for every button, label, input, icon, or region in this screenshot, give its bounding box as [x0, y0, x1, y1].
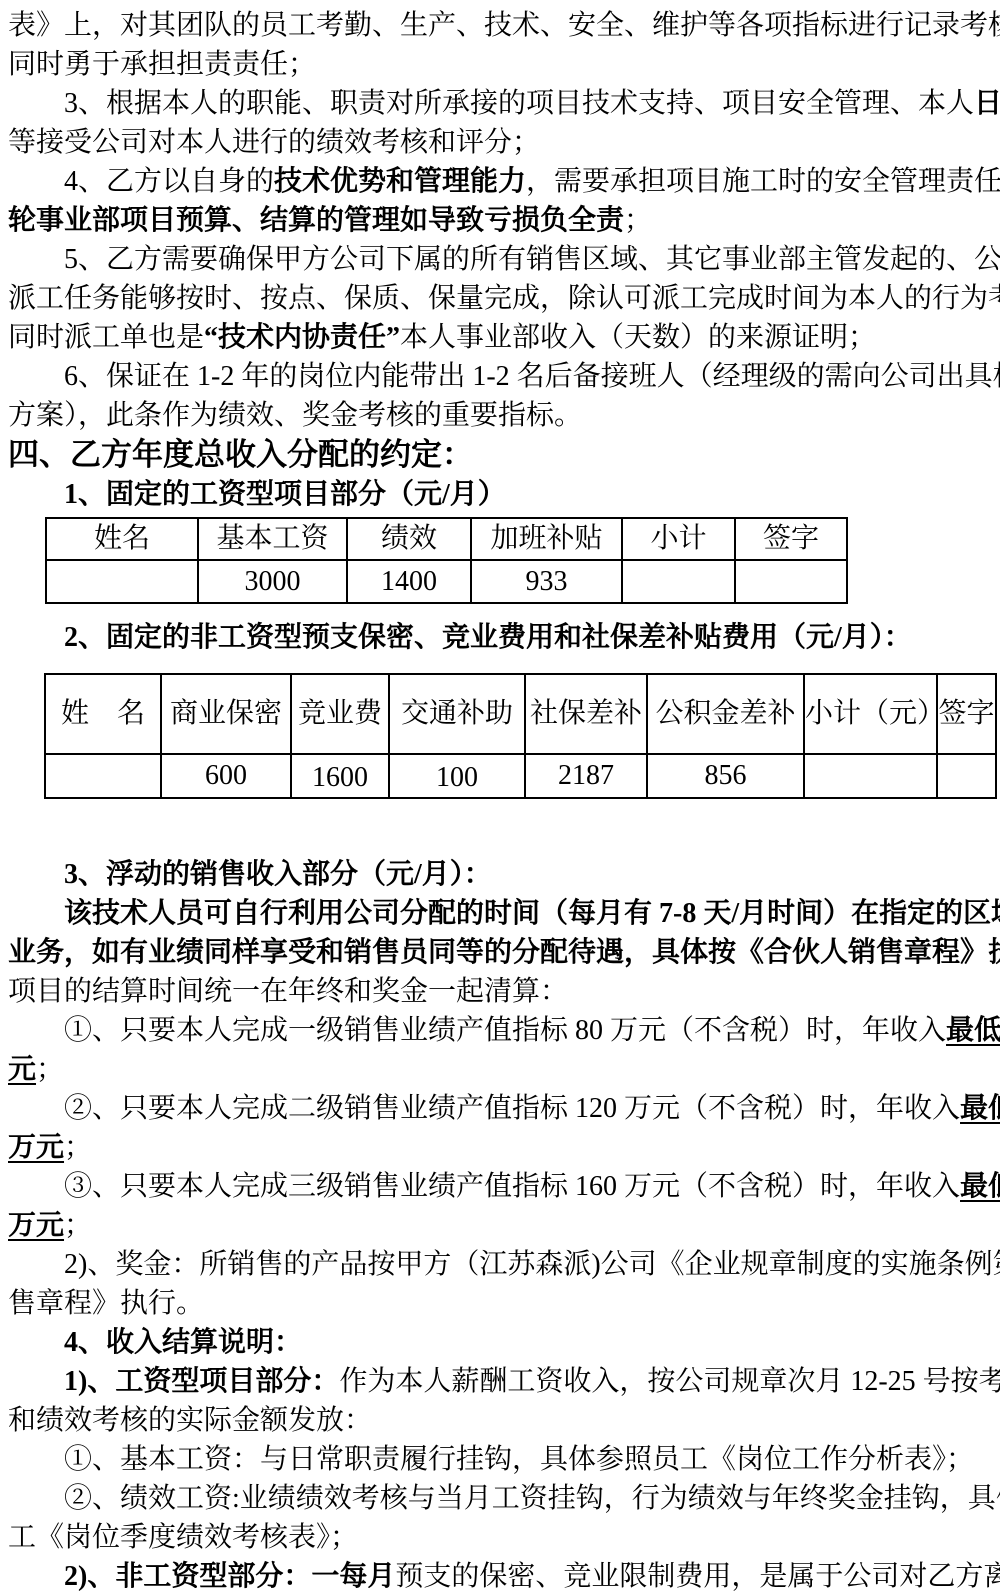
text-segment: 项目的结算时间统一在年终和奖金一起清算：: [8, 976, 568, 1007]
table-header-cell: 小计: [622, 518, 735, 560]
text-line: ③、只要本人完成三级销售业绩产值指标 160 万元（不含税）时，年收入最低为 1…: [8, 1167, 966, 1206]
text-line: ①、只要本人完成一级销售业绩产值指标 80 万元（不含税）时，年收入最低为 8.…: [8, 1011, 966, 1050]
text-segment: ；: [624, 205, 652, 236]
non-salary-allowance-table: 姓 名 商业保密 竞业费 交通补助 社保差补 公积金差补 小计（元） 签字 60…: [44, 673, 997, 799]
text-segment: 业务，如有业绩同样享受和销售员同等的分配待遇，具体按《合伙人销售章程》执行，: [8, 937, 1000, 968]
text-line: 3、浮动的销售收入部分（元/月）：: [8, 855, 966, 894]
text-segment: ；: [36, 1054, 64, 1085]
text-segment: 最低为 12.2: [960, 1093, 1000, 1124]
table-cell: [622, 560, 735, 603]
text-line: 5、乙方需要确保甲方公司下属的所有销售区域、其它事业部主管发起的、公司安排的: [8, 240, 966, 279]
text-line: 2)、奖金：所销售的产品按甲方（江苏森派)公司《企业规章制度的实施条例第三章销: [8, 1245, 966, 1284]
text-line: 和绩效考核的实际金额发放：: [8, 1401, 966, 1440]
text-segment: 同时派工单也是: [8, 322, 204, 353]
text-segment: 工《岗位季度绩效考核表》；: [8, 1522, 358, 1553]
text-segment: 3、浮动的销售收入部分（元/月）：: [64, 859, 492, 890]
text-segment: 同时勇于承担担责责任；: [8, 49, 316, 80]
table-header-cell: 小计（元）: [804, 674, 937, 754]
text-segment: 4、收入结算说明：: [64, 1327, 302, 1358]
table-header-cell: 竞业费: [291, 674, 389, 754]
text-line: 项目的结算时间统一在年终和奖金一起清算：: [8, 972, 966, 1011]
text-line: 1)、工资型项目部分：作为本人薪酬工资收入，按公司规章次月 12-25 号按考勤…: [8, 1362, 966, 1401]
text-segment: ，需要承担项目施工时的安全管理责任，并对: [526, 166, 1000, 197]
text-line: 4、收入结算说明：: [8, 1323, 966, 1362]
text-line: 1、固定的工资型项目部分（元/月）: [8, 475, 966, 514]
table-cell: 1600: [291, 754, 389, 798]
text-line: ②、只要本人完成二级销售业绩产值指标 120 万元（不含税）时，年收入最低为 1…: [8, 1089, 966, 1128]
fixed-salary-table: 姓名 基本工资 绩效 加班补贴 小计 签字 3000 1400 933: [45, 517, 848, 604]
text-segment: 派工任务能够按时、按点、保质、保量完成，除认可派工完成时间为本人的行为考核指标外…: [8, 283, 1000, 314]
table-header-cell: 签字: [937, 674, 996, 754]
table-cell: 2187: [525, 754, 647, 798]
text-line: 表》上，对其团队的员工考勤、生产、技术、安全、维护等各项指标进行记录考核和评分，: [8, 6, 966, 45]
text-line: 同时勇于承担担责责任；: [8, 45, 966, 84]
table-header-cell: 绩效: [347, 518, 471, 560]
text-segment: 4、乙方以自身的: [64, 166, 274, 197]
text-line: 工《岗位季度绩效考核表》；: [8, 1518, 966, 1557]
text-line: 2)、非工资型部分：一每月预支的保密、竞业限制费用，是属于公司对乙方离职后: [8, 1557, 966, 1591]
text-segment: 1)、工资型项目部分：: [64, 1366, 339, 1397]
table-cell: 856: [647, 754, 804, 798]
text-segment: ；: [64, 1210, 92, 1241]
text-segment: 作为本人薪酬工资收入，按公司规章次月 12-25 号按考勤天数: [339, 1366, 1000, 1397]
text-line: 万元；: [8, 1206, 966, 1245]
text-segment: 万元: [8, 1132, 64, 1163]
table-header-cell: 商业保密: [161, 674, 291, 754]
text-line: 同时派工单也是“技术内协责任”本人事业部收入（天数）的来源证明；: [8, 318, 966, 357]
text-segment: 本人事业部收入（天数）的来源证明；: [400, 322, 876, 353]
text-segment: ②、绩效工资:业绩绩效考核与当月工资挂钩，行为绩效与年终奖金挂钩，具体参照员: [64, 1483, 1000, 1514]
text-segment: 日常的行为: [974, 88, 1000, 119]
table-header-cell: 社保差补: [525, 674, 647, 754]
table-cell: [804, 754, 937, 798]
text-line: 3、根据本人的职能、职责对所承接的项目技术支持、项目安全管理、本人日常的行为: [8, 84, 966, 123]
text-segment: 表》上，对其团队的员工考勤、生产、技术、安全、维护等各项指标进行记录考核和评分，: [8, 10, 1000, 41]
table-cell: 100: [389, 754, 525, 798]
text-segment: 万元: [8, 1210, 64, 1241]
table-cell: 600: [161, 754, 291, 798]
table-header-cell: 公积金差补: [647, 674, 804, 754]
text-segment: 技术优势和管理能力: [274, 166, 526, 197]
text-segment: 售章程》执行。: [8, 1288, 204, 1319]
text-line: 等接受公司对本人进行的绩效考核和评分；: [8, 123, 966, 162]
text-line: 方案），此条作为绩效、奖金考核的重要指标。: [8, 396, 966, 435]
text-segment: 1、固定的工资型项目部分（元/月）: [64, 479, 506, 510]
text-line: 业务，如有业绩同样享受和销售员同等的分配待遇，具体按《合伙人销售章程》执行，本: [8, 933, 966, 972]
table-cell: 933: [471, 560, 622, 603]
table-value-row: 600 1600 100 2187 856: [45, 754, 996, 798]
text-line: ①、基本工资：与日常职责履行挂钩，具体参照员工《岗位工作分析表》；: [8, 1440, 966, 1479]
text-segment: 方案），此条作为绩效、奖金考核的重要指标。: [8, 400, 582, 431]
text-line: 2、固定的非工资型预支保密、竞业费用和社保差补贴费用（元/月）：: [8, 618, 966, 657]
text-line: 该技术人员可自行利用公司分配的时间（每月有 7-8 天/月时间）在指定的区域做销…: [8, 894, 966, 933]
table-header-cell: 加班补贴: [471, 518, 622, 560]
text-line: 轮事业部项目预算、结算的管理如导致亏损负全责；: [8, 201, 966, 240]
text-line: ②、绩效工资:业绩绩效考核与当月工资挂钩，行为绩效与年终奖金挂钩，具体参照员: [8, 1479, 966, 1518]
text-segment: ①、只要本人完成一级销售业绩产值指标 80 万元（不含税）时，年收入: [64, 1015, 946, 1046]
text-segment: 元: [8, 1054, 36, 1085]
text-segment: 2、固定的非工资型预支保密、竞业费用和社保差补贴费用（元/月）：: [64, 622, 912, 653]
text-segment: 四、乙方年度总收入分配的约定：: [8, 437, 473, 472]
table-cell: 1400: [347, 560, 471, 603]
section-top-text: 表》上，对其团队的员工考勤、生产、技术、安全、维护等各项指标进行记录考核和评分，…: [8, 6, 966, 514]
text-segment: 轮事业部项目预算、结算的管理如导致亏损负全责: [8, 205, 624, 236]
text-segment: ①、基本工资：与日常职责履行挂钩，具体参照员工《岗位工作分析表》；: [64, 1444, 974, 1475]
text-segment: 6、保证在 1-2 年的岗位内能带出 1-2 名后备接班人（经理级的需向公司出具…: [64, 361, 1000, 392]
text-segment: 预支的保密、竞业限制费用，是属于公司对乙方离职后: [395, 1561, 1000, 1591]
document-page: 表》上，对其团队的员工考勤、生产、技术、安全、维护等各项指标进行记录考核和评分，…: [0, 0, 1000, 1591]
text-segment: 和绩效考核的实际金额发放：: [8, 1405, 372, 1436]
text-segment: 2)、奖金：所销售的产品按甲方（江苏森派)公司《企业规章制度的实施条例第三章销: [64, 1249, 1000, 1280]
text-segment: 最低为 15.6: [960, 1171, 1000, 1202]
section-bottom-text: 3、浮动的销售收入部分（元/月）：该技术人员可自行利用公司分配的时间（每月有 7…: [8, 855, 966, 1591]
table-cell: [735, 560, 847, 603]
text-segment: 2)、非工资型部分：一每月: [64, 1561, 395, 1591]
section-mid-text: 2、固定的非工资型预支保密、竞业费用和社保差补贴费用（元/月）：: [8, 618, 966, 657]
text-segment: 3、根据本人的职能、职责对所承接的项目技术支持、项目安全管理、本人: [64, 88, 974, 119]
table-cell: [937, 754, 996, 798]
section-heading: 四、乙方年度总收入分配的约定：: [8, 435, 966, 475]
table-cell: [46, 560, 198, 603]
table-header-row: 姓 名 商业保密 竞业费 交通补助 社保差补 公积金差补 小计（元） 签字: [45, 674, 996, 754]
table-cell: [45, 754, 161, 798]
text-segment: 5、乙方需要确保甲方公司下属的所有销售区域、其它事业部主管发起的、公司安排的: [64, 244, 1000, 275]
text-segment: ；: [64, 1132, 92, 1163]
table-value-row: 3000 1400 933: [46, 560, 847, 603]
text-segment: 最低为 8.8 万: [946, 1015, 1000, 1046]
text-line: 万元；: [8, 1128, 966, 1167]
text-line: 派工任务能够按时、按点、保质、保量完成，除认可派工完成时间为本人的行为考核指标外…: [8, 279, 966, 318]
text-line: 元；: [8, 1050, 966, 1089]
text-segment: “技术内协责任”: [204, 322, 400, 353]
table-header-cell: 姓名: [46, 518, 198, 560]
table-header-cell: 交通补助: [389, 674, 525, 754]
text-segment: 该技术人员可自行利用公司分配的时间（每月有 7-8 天/月时间）在指定的区域做销…: [64, 898, 1000, 929]
text-segment: ②、只要本人完成二级销售业绩产值指标 120 万元（不含税）时，年收入: [64, 1093, 960, 1124]
text-line: 6、保证在 1-2 年的岗位内能带出 1-2 名后备接班人（经理级的需向公司出具…: [8, 357, 966, 396]
text-segment: ③、只要本人完成三级销售业绩产值指标 160 万元（不含税）时，年收入: [64, 1171, 960, 1202]
table-header-cell: 基本工资: [198, 518, 347, 560]
text-line: 4、乙方以自身的技术优势和管理能力，需要承担项目施工时的安全管理责任，并对转: [8, 162, 966, 201]
text-line: 售章程》执行。: [8, 1284, 966, 1323]
text-segment: 等接受公司对本人进行的绩效考核和评分；: [8, 127, 540, 158]
table-cell: 3000: [198, 560, 347, 603]
table-header-cell: 姓 名: [45, 674, 161, 754]
table-header-row: 姓名 基本工资 绩效 加班补贴 小计 签字: [46, 518, 847, 560]
table-header-cell: 签字: [735, 518, 847, 560]
